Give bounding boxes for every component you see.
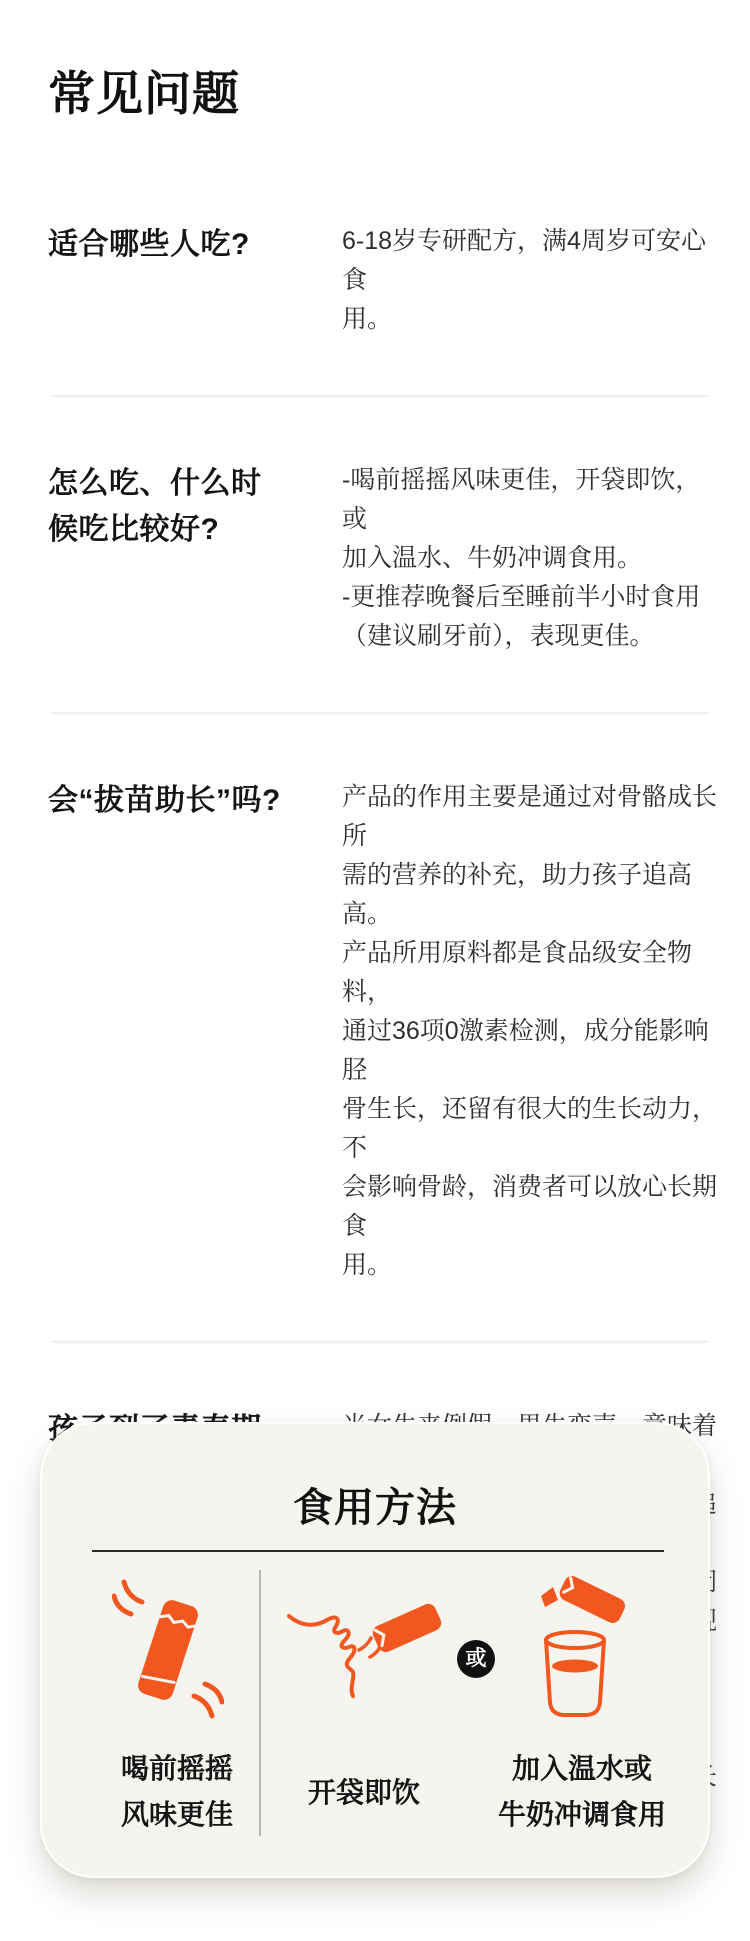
- faq-row: 怎么吃、什么时 候吃比较好? -喝前摇摇风味更佳，开袋即饮，或 加入温水、牛奶冲…: [0, 397, 750, 712]
- or-connector-badge: 或: [457, 1640, 495, 1678]
- step-divider: [259, 1570, 261, 1836]
- faq-answer: 6-18岁专研配方，满4周岁可安心食 用。: [342, 222, 718, 339]
- faq-answer: 产品的作用主要是通过对骨骼成长所 需的营养的补充，助力孩子追高高。 产品所用原料…: [342, 778, 718, 1285]
- page-title: 常见问题: [48, 66, 750, 122]
- pour-into-glass-icon: [515, 1570, 639, 1726]
- faq-row: 会“拔苗助长”吗? 产品的作用主要是通过对骨骼成长所 需的营养的补充，助力孩子追…: [0, 714, 750, 1341]
- faq-question: 会“拔苗助长”吗?: [48, 778, 342, 824]
- shake-sachet-icon: [112, 1576, 224, 1722]
- faq-question: 适合哪些人吃?: [48, 222, 342, 268]
- faq-page: 常见问题 适合哪些人吃? 6-18岁专研配方，满4周岁可安心食 用。 怎么吃、什…: [0, 66, 750, 1931]
- title-underline: [92, 1550, 664, 1552]
- usage-card-title: 食用方法: [42, 1476, 708, 1533]
- faq-answer: -喝前摇摇风味更佳，开袋即饮，或 加入温水、牛奶冲调食用。 -更推荐晚餐后至睡前…: [342, 461, 718, 656]
- usage-card: 食用方法 喝前摇摇 风味更佳 开袋即饮 或: [40, 1422, 710, 1878]
- step-label: 加入温水或 牛奶冲调食用: [470, 1746, 694, 1838]
- open-sachet-drink-icon: [285, 1592, 457, 1708]
- step-label: 喝前摇摇 风味更佳: [67, 1746, 287, 1838]
- faq-question: 怎么吃、什么时 候吃比较好?: [48, 461, 342, 553]
- step-label: 开袋即饮: [272, 1770, 456, 1816]
- faq-row: 适合哪些人吃? 6-18岁专研配方，满4周岁可安心食 用。: [0, 158, 750, 395]
